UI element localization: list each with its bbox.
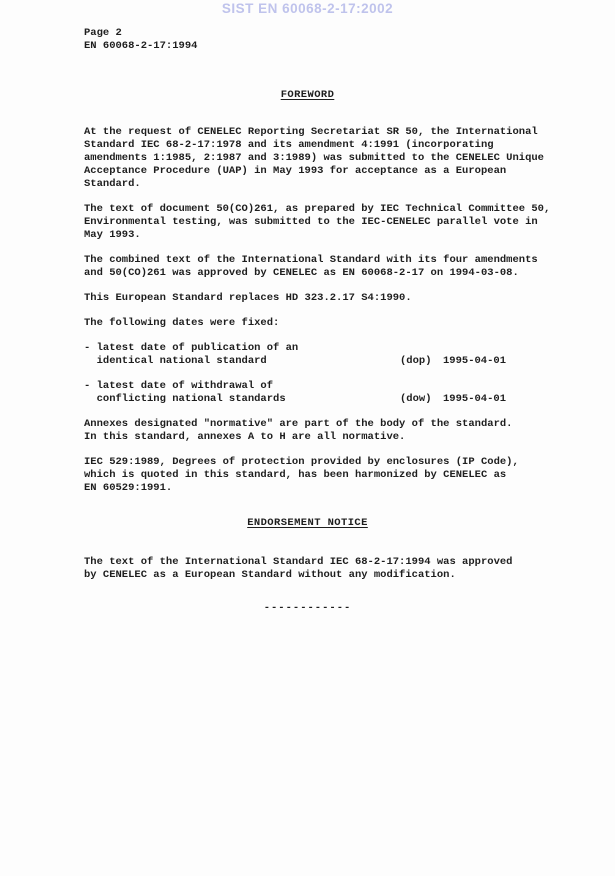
foreword-heading: FOREWORD — [0, 89, 615, 102]
date-item-dop: - latest date of publication of an ident… — [84, 342, 564, 368]
paragraph-annexes: Annexes designated "normative" are part … — [84, 418, 564, 444]
endorsement-body: The text of the International Standard I… — [84, 556, 564, 594]
standard-reference: EN 60068-2-17:1994 — [84, 40, 197, 53]
end-separator: ------------ — [0, 602, 615, 615]
date-code: (dop) — [400, 355, 432, 368]
document-page: SIST EN 60068-2-17:2002 Page 2 EN 60068-… — [0, 0, 615, 876]
foreword-body: At the request of CENELEC Reporting Secr… — [84, 126, 564, 507]
date-item-dow: - latest date of withdrawal of conflicti… — [84, 380, 564, 406]
paragraph-endorsement: The text of the International Standard I… — [84, 556, 564, 582]
page-header: Page 2 EN 60068-2-17:1994 — [84, 27, 197, 53]
date-value: 1995-04-01 — [443, 393, 506, 406]
page-number: Page 2 — [84, 27, 197, 40]
paragraph-replaces: This European Standard replaces HD 323.2… — [84, 292, 564, 305]
endorsement-notice-heading: ENDORSEMENT NOTICE — [0, 517, 615, 530]
paragraph-combined-text: The combined text of the International S… — [84, 254, 564, 280]
date-value: 1995-04-01 — [443, 355, 506, 368]
paragraph-iec529: IEC 529:1989, Degrees of protection prov… — [84, 456, 564, 495]
watermark-standard-id: SIST EN 60068-2-17:2002 — [0, 2, 615, 15]
paragraph-request: At the request of CENELEC Reporting Secr… — [84, 126, 564, 191]
paragraph-document-text: The text of document 50(CO)261, as prepa… — [84, 203, 564, 242]
date-code: (dow) — [400, 393, 432, 406]
paragraph-dates-intro: The following dates were fixed: — [84, 317, 564, 330]
